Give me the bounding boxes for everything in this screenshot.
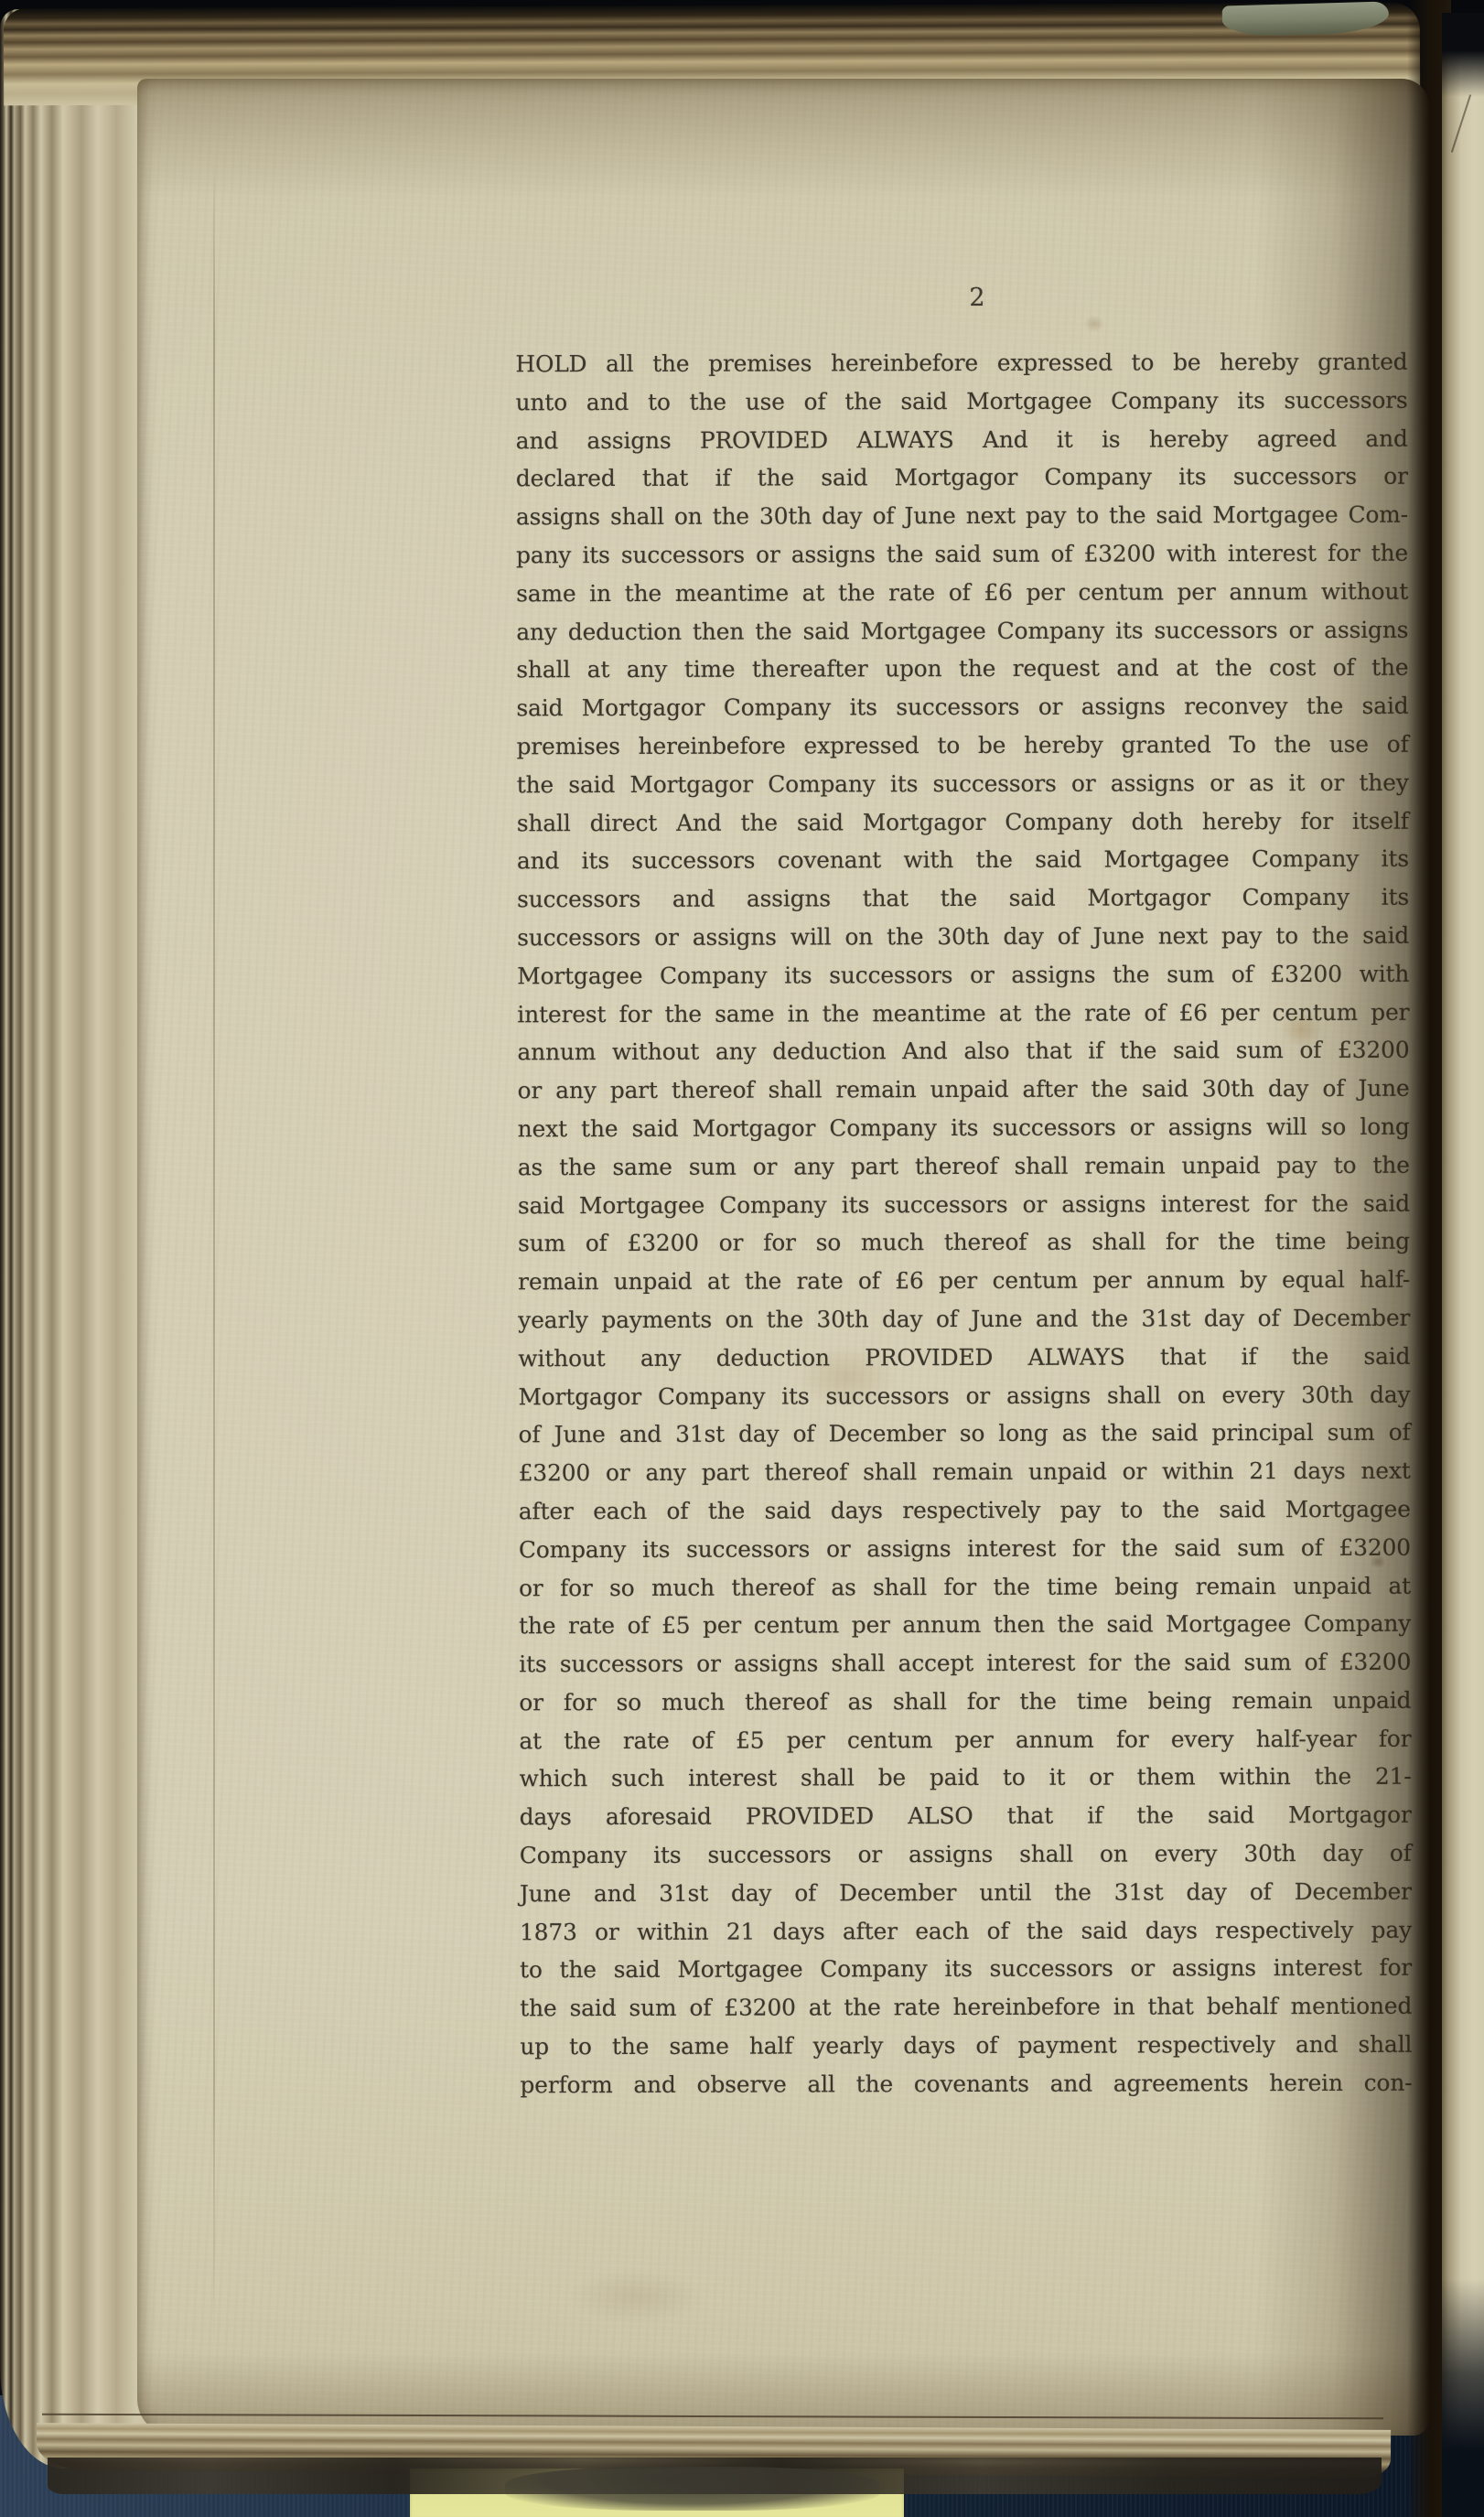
text-line: and its successors covenant with the sai…: [517, 840, 1409, 880]
text-line: interest for the same in the meantime at…: [517, 993, 1409, 1033]
text-line: remain unpaid at the rate of £6 per cent…: [518, 1261, 1410, 1301]
text-line: said Mortgagee Company its successors or…: [518, 1184, 1410, 1224]
text-line: successors and assigns that the said Mor…: [517, 878, 1409, 919]
adjacent-page-crack: [1451, 94, 1471, 152]
text-line: £3200 or any part thereof shall remain u…: [519, 1452, 1411, 1492]
text-line: shall at any time thereafter upon the re…: [516, 649, 1408, 689]
text-line: said Mortgagor Company its successors or…: [516, 687, 1408, 727]
text-line: days aforesaid PROVIDED ALSO that if the…: [520, 1796, 1412, 1836]
text-line: yearly payments on the 30th day of June …: [518, 1299, 1410, 1339]
text-line: the rate of £5 per centum per annum then…: [519, 1605, 1411, 1645]
text-line: unto and to the use of the said Mortgage…: [516, 382, 1408, 422]
text-line: shall direct And the said Mortgagor Comp…: [517, 801, 1409, 842]
page-bottom-shadow: [137, 2353, 1429, 2436]
book-page: 2 HOLD all the premises hereinbefore exp…: [137, 79, 1429, 2436]
text-line: any deduction then the said Mortgagee Co…: [516, 610, 1408, 651]
adjacent-page-top-shadow: [1442, 13, 1484, 97]
text-line: 1873 or within 21 days after each of the…: [520, 1910, 1412, 1951]
text-line: annum without any deduction And also tha…: [517, 1031, 1409, 1071]
page-number: 2: [957, 284, 997, 312]
text-line: or for so much thereof as shall for the …: [519, 1682, 1411, 1722]
text-line: premises hereinbefore expressed to be he…: [517, 726, 1409, 766]
text-line: or for so much thereof as shall for the …: [519, 1566, 1411, 1607]
text-line: Company its successors or assigns intere…: [519, 1528, 1411, 1568]
page-stack-left-edges: [0, 9, 157, 2469]
text-line: and assigns PROVIDED ALWAYS And it is he…: [516, 419, 1408, 459]
text-line: Mortgagee Company its successors or assi…: [517, 954, 1409, 995]
text-line: pany its successors or assigns the said …: [516, 534, 1408, 575]
text-line: its successors or assigns shall accept i…: [519, 1643, 1411, 1683]
adjacent-page-edge: [1442, 13, 1484, 2517]
text-line: successors or assigns will on the 30th d…: [517, 917, 1409, 957]
page-text: HOLD all the premises hereinbefore expre…: [515, 343, 1412, 2104]
text-line: to the said Mortgagee Company its succes…: [520, 1949, 1412, 1989]
text-line: HOLD all the premises hereinbefore expre…: [515, 343, 1407, 383]
adjacent-page-bottom-shadow: [1442, 2279, 1484, 2517]
scanned-book-page: 2 HOLD all the premises hereinbefore exp…: [0, 0, 1484, 2517]
paper-stain: [567, 2269, 704, 2324]
text-line: as the same sum or any part thereof shal…: [518, 1146, 1410, 1186]
text-line: the said sum of £3200 at the rate herein…: [520, 1987, 1412, 2028]
text-line: the said Mortgagor Company its successor…: [517, 763, 1409, 803]
text-line: assigns shall on the 30th day of June ne…: [516, 496, 1408, 536]
text-line: next the said Mortgagor Company its succ…: [518, 1108, 1410, 1148]
page-top-shadow: [137, 79, 1429, 198]
text-line: perform and observe all the covenants an…: [520, 2064, 1412, 2104]
text-line: declared that if the said Mortgagor Comp…: [516, 457, 1408, 498]
text-line: Mortgagor Company its successors or assi…: [518, 1375, 1410, 1415]
frayed-edge-dark-patch: [505, 2467, 880, 2511]
text-line: at the rate of £5 per centum per annum f…: [519, 1719, 1411, 1759]
page-crease-line: [213, 161, 215, 2339]
text-line: after each of the said days respectively…: [519, 1490, 1411, 1531]
text-line: June and 31st day of December until the …: [520, 1873, 1412, 1913]
text-line: or any part thereof shall remain unpaid …: [518, 1070, 1410, 1110]
text-line: up to the same half yearly days of payme…: [520, 2026, 1412, 2066]
text-line: Company its successors or assigns shall …: [520, 1834, 1412, 1875]
text-line: which such interest shall be paid to it …: [520, 1758, 1412, 1798]
text-line: same in the meantime at the rate of £6 p…: [516, 573, 1408, 613]
text-line: of June and 31st day of December so long…: [519, 1414, 1411, 1454]
text-line: without any deduction PROVIDED ALWAYS th…: [518, 1337, 1410, 1377]
text-line: sum of £3200 or for so much thereof as s…: [518, 1222, 1410, 1263]
paper-stain: [1084, 316, 1104, 332]
